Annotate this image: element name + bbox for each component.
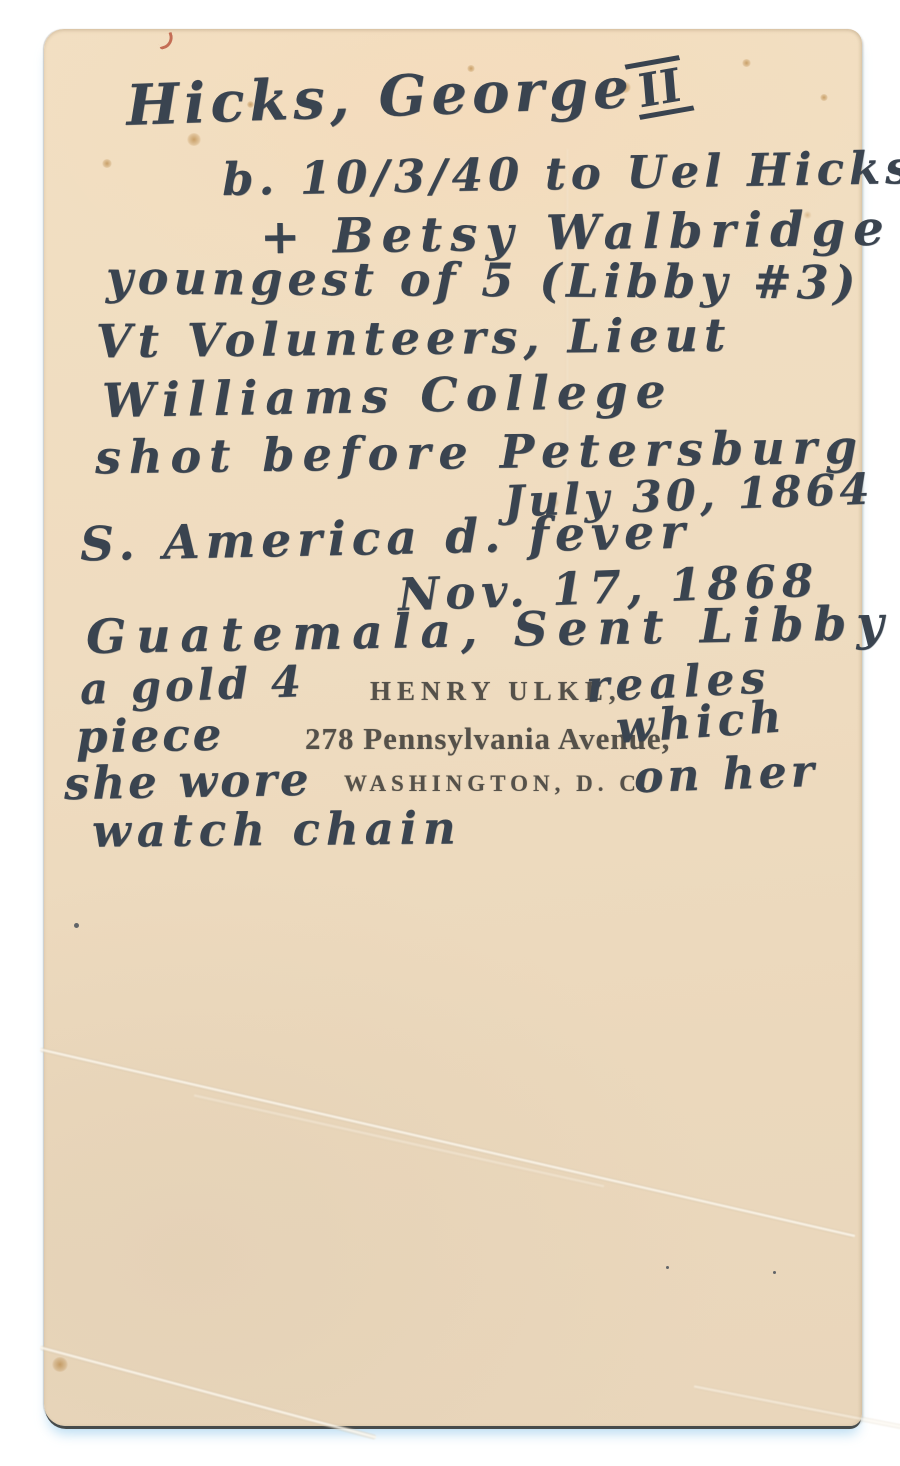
stain-spot (820, 94, 828, 101)
crease-line (193, 1093, 604, 1189)
ink-speck (666, 1266, 669, 1269)
stain-spot (52, 1357, 68, 1372)
note-military: Vt Volunteers, Lieut (96, 312, 732, 365)
note-name: Hicks, George (125, 60, 634, 134)
note-guatemala: Guatemala, Sent Libby (86, 600, 894, 661)
ink-speck (773, 1271, 776, 1274)
note-gift-piece: piece (76, 712, 225, 760)
note-on-her: on her (633, 750, 818, 800)
photographer-name: HENRY ULKE, (370, 678, 622, 705)
crease-line (39, 1047, 855, 1239)
stain-spot (102, 159, 112, 168)
note-gift-coin: a gold 4 (79, 661, 305, 712)
scan-background: HENRY ULKE, 278 Pennsylvania Avenue, WAS… (0, 0, 900, 1466)
crease-line (694, 1384, 900, 1430)
note-south-america: S. America d. fever (80, 509, 692, 569)
note-watch-chain: watch chain (92, 805, 462, 853)
carte-de-visite-back: HENRY ULKE, 278 Pennsylvania Avenue, WAS… (44, 29, 862, 1426)
note-she-wore: she wore (64, 757, 312, 806)
photographer-city: WASHINGTON, D. C. (344, 772, 652, 795)
note-birth: b. 10/3/40 to Uel Hicks (222, 145, 900, 202)
note-college: Williams College (102, 368, 674, 425)
crease-line (39, 1345, 376, 1440)
note-name-numeral: II (625, 55, 695, 120)
ink-speck (74, 923, 79, 928)
note-gift-which: which (615, 695, 788, 751)
stain-spot (742, 59, 751, 67)
note-siblings: youngest of 5 (Libby #3) (106, 254, 861, 305)
red-pencil-mark (156, 32, 176, 50)
